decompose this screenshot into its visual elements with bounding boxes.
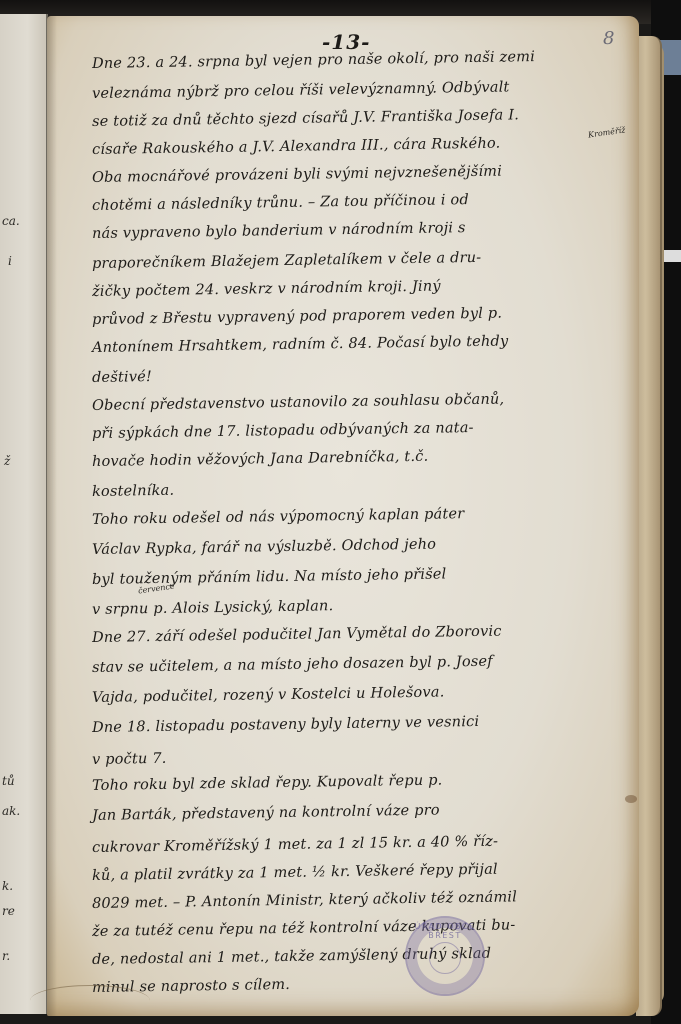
left-page-text-fragment: ak. [2, 804, 20, 818]
page-number: -13- [322, 30, 370, 54]
ink-blot [625, 795, 637, 803]
left-page-text-fragment: tů [2, 774, 15, 788]
left-page-text-fragment: ca. [2, 214, 20, 228]
text-line: kostelníka. [92, 483, 174, 500]
left-page-text-fragment: r. [2, 949, 10, 963]
archive-stamp: ÚŘAD OBCE BŘEST [405, 916, 485, 996]
text-line: v počtu 7. [92, 751, 167, 768]
scanned-book-spread: ca. i ž tů ak. k. re r. -13- 8 Dne 23. a… [0, 0, 681, 1024]
background-object [663, 250, 681, 262]
stamp-emblem-icon [429, 942, 461, 974]
left-page-text-fragment: i [8, 254, 12, 268]
left-page-text-fragment: ž [4, 454, 10, 468]
gutter-shadow [47, 16, 57, 1016]
left-page-text-fragment: k. [2, 879, 13, 893]
text-line: deštivé! [92, 369, 152, 386]
page-stack-edge [636, 36, 662, 1016]
left-page-text-fragment: re [2, 904, 15, 918]
stamp-text: ÚŘAD OBCE BŘEST [407, 922, 483, 940]
left-page-edge: ca. i ž tů ak. k. re r. [0, 14, 48, 1014]
archive-folio-number: 8 [603, 28, 614, 49]
page-curl [30, 985, 150, 1016]
